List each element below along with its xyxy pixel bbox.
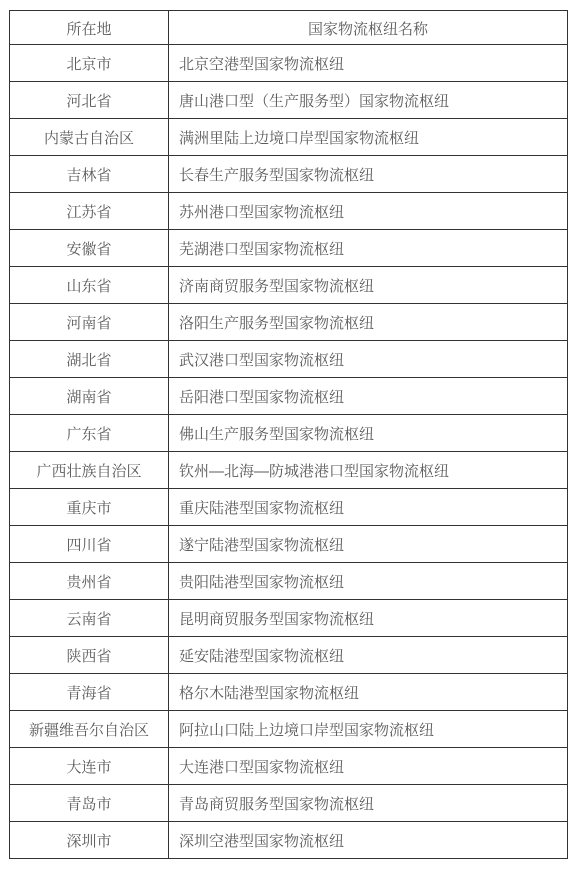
logistics-hub-table: 所在地 国家物流枢纽名称 北京市 北京空港型国家物流枢纽 河北省 唐山港口型（生… [9,10,568,859]
hub-name-cell: 遂宁陆港型国家物流枢纽 [169,526,568,563]
table-row: 山东省 济南商贸服务型国家物流枢纽 [10,267,568,304]
location-cell: 湖北省 [10,341,169,378]
location-cell: 江苏省 [10,193,169,230]
table-row: 安徽省 芜湖港口型国家物流枢纽 [10,230,568,267]
location-cell: 重庆市 [10,489,169,526]
hub-name-cell: 大连港口型国家物流枢纽 [169,748,568,785]
location-cell: 河北省 [10,82,169,119]
table-row: 云南省 昆明商贸服务型国家物流枢纽 [10,600,568,637]
hub-name-cell: 济南商贸服务型国家物流枢纽 [169,267,568,304]
location-cell: 北京市 [10,45,169,82]
location-cell: 青岛市 [10,785,169,822]
hub-name-cell: 芜湖港口型国家物流枢纽 [169,230,568,267]
location-cell: 湖南省 [10,378,169,415]
location-cell: 广西壮族自治区 [10,452,169,489]
hub-name-cell: 延安陆港型国家物流枢纽 [169,637,568,674]
table-row: 新疆维吾尔自治区 阿拉山口陆上边境口岸型国家物流枢纽 [10,711,568,748]
table-row: 河南省 洛阳生产服务型国家物流枢纽 [10,304,568,341]
table-row: 陕西省 延安陆港型国家物流枢纽 [10,637,568,674]
location-cell: 新疆维吾尔自治区 [10,711,169,748]
location-cell: 深圳市 [10,822,169,859]
table-header-row: 所在地 国家物流枢纽名称 [10,11,568,45]
location-cell: 大连市 [10,748,169,785]
hub-name-cell: 格尔木陆港型国家物流枢纽 [169,674,568,711]
hub-name-cell: 岳阳港口型国家物流枢纽 [169,378,568,415]
hub-name-cell: 重庆陆港型国家物流枢纽 [169,489,568,526]
table-row: 青岛市 青岛商贸服务型国家物流枢纽 [10,785,568,822]
hub-name-cell: 昆明商贸服务型国家物流枢纽 [169,600,568,637]
hub-name-cell: 长春生产服务型国家物流枢纽 [169,156,568,193]
location-cell: 广东省 [10,415,169,452]
location-cell: 内蒙古自治区 [10,119,169,156]
location-cell: 吉林省 [10,156,169,193]
location-cell: 陕西省 [10,637,169,674]
table-row: 深圳市 深圳空港型国家物流枢纽 [10,822,568,859]
table-row: 北京市 北京空港型国家物流枢纽 [10,45,568,82]
location-cell: 河南省 [10,304,169,341]
location-cell: 云南省 [10,600,169,637]
logistics-hub-table-container: 所在地 国家物流枢纽名称 北京市 北京空港型国家物流枢纽 河北省 唐山港口型（生… [9,10,568,859]
location-cell: 贵州省 [10,563,169,600]
hub-name-cell: 北京空港型国家物流枢纽 [169,45,568,82]
table-row: 青海省 格尔木陆港型国家物流枢纽 [10,674,568,711]
table-row: 河北省 唐山港口型（生产服务型）国家物流枢纽 [10,82,568,119]
column-header-location: 所在地 [10,11,169,45]
location-cell: 安徽省 [10,230,169,267]
table-row: 贵州省 贵阳陆港型国家物流枢纽 [10,563,568,600]
table-row: 湖南省 岳阳港口型国家物流枢纽 [10,378,568,415]
table-row: 广西壮族自治区 钦州—北海—防城港港口型国家物流枢纽 [10,452,568,489]
table-row: 内蒙古自治区 满洲里陆上边境口岸型国家物流枢纽 [10,119,568,156]
table-row: 广东省 佛山生产服务型国家物流枢纽 [10,415,568,452]
hub-name-cell: 深圳空港型国家物流枢纽 [169,822,568,859]
table-row: 江苏省 苏州港口型国家物流枢纽 [10,193,568,230]
hub-name-cell: 武汉港口型国家物流枢纽 [169,341,568,378]
hub-name-cell: 洛阳生产服务型国家物流枢纽 [169,304,568,341]
location-cell: 山东省 [10,267,169,304]
hub-name-cell: 满洲里陆上边境口岸型国家物流枢纽 [169,119,568,156]
table-row: 吉林省 长春生产服务型国家物流枢纽 [10,156,568,193]
hub-name-cell: 阿拉山口陆上边境口岸型国家物流枢纽 [169,711,568,748]
table-row: 重庆市 重庆陆港型国家物流枢纽 [10,489,568,526]
table-body: 北京市 北京空港型国家物流枢纽 河北省 唐山港口型（生产服务型）国家物流枢纽 内… [10,45,568,859]
hub-name-cell: 钦州—北海—防城港港口型国家物流枢纽 [169,452,568,489]
table-row: 四川省 遂宁陆港型国家物流枢纽 [10,526,568,563]
column-header-hub-name: 国家物流枢纽名称 [169,11,568,45]
table-row: 湖北省 武汉港口型国家物流枢纽 [10,341,568,378]
hub-name-cell: 青岛商贸服务型国家物流枢纽 [169,785,568,822]
location-cell: 青海省 [10,674,169,711]
table-row: 大连市 大连港口型国家物流枢纽 [10,748,568,785]
hub-name-cell: 苏州港口型国家物流枢纽 [169,193,568,230]
hub-name-cell: 唐山港口型（生产服务型）国家物流枢纽 [169,82,568,119]
hub-name-cell: 贵阳陆港型国家物流枢纽 [169,563,568,600]
location-cell: 四川省 [10,526,169,563]
hub-name-cell: 佛山生产服务型国家物流枢纽 [169,415,568,452]
